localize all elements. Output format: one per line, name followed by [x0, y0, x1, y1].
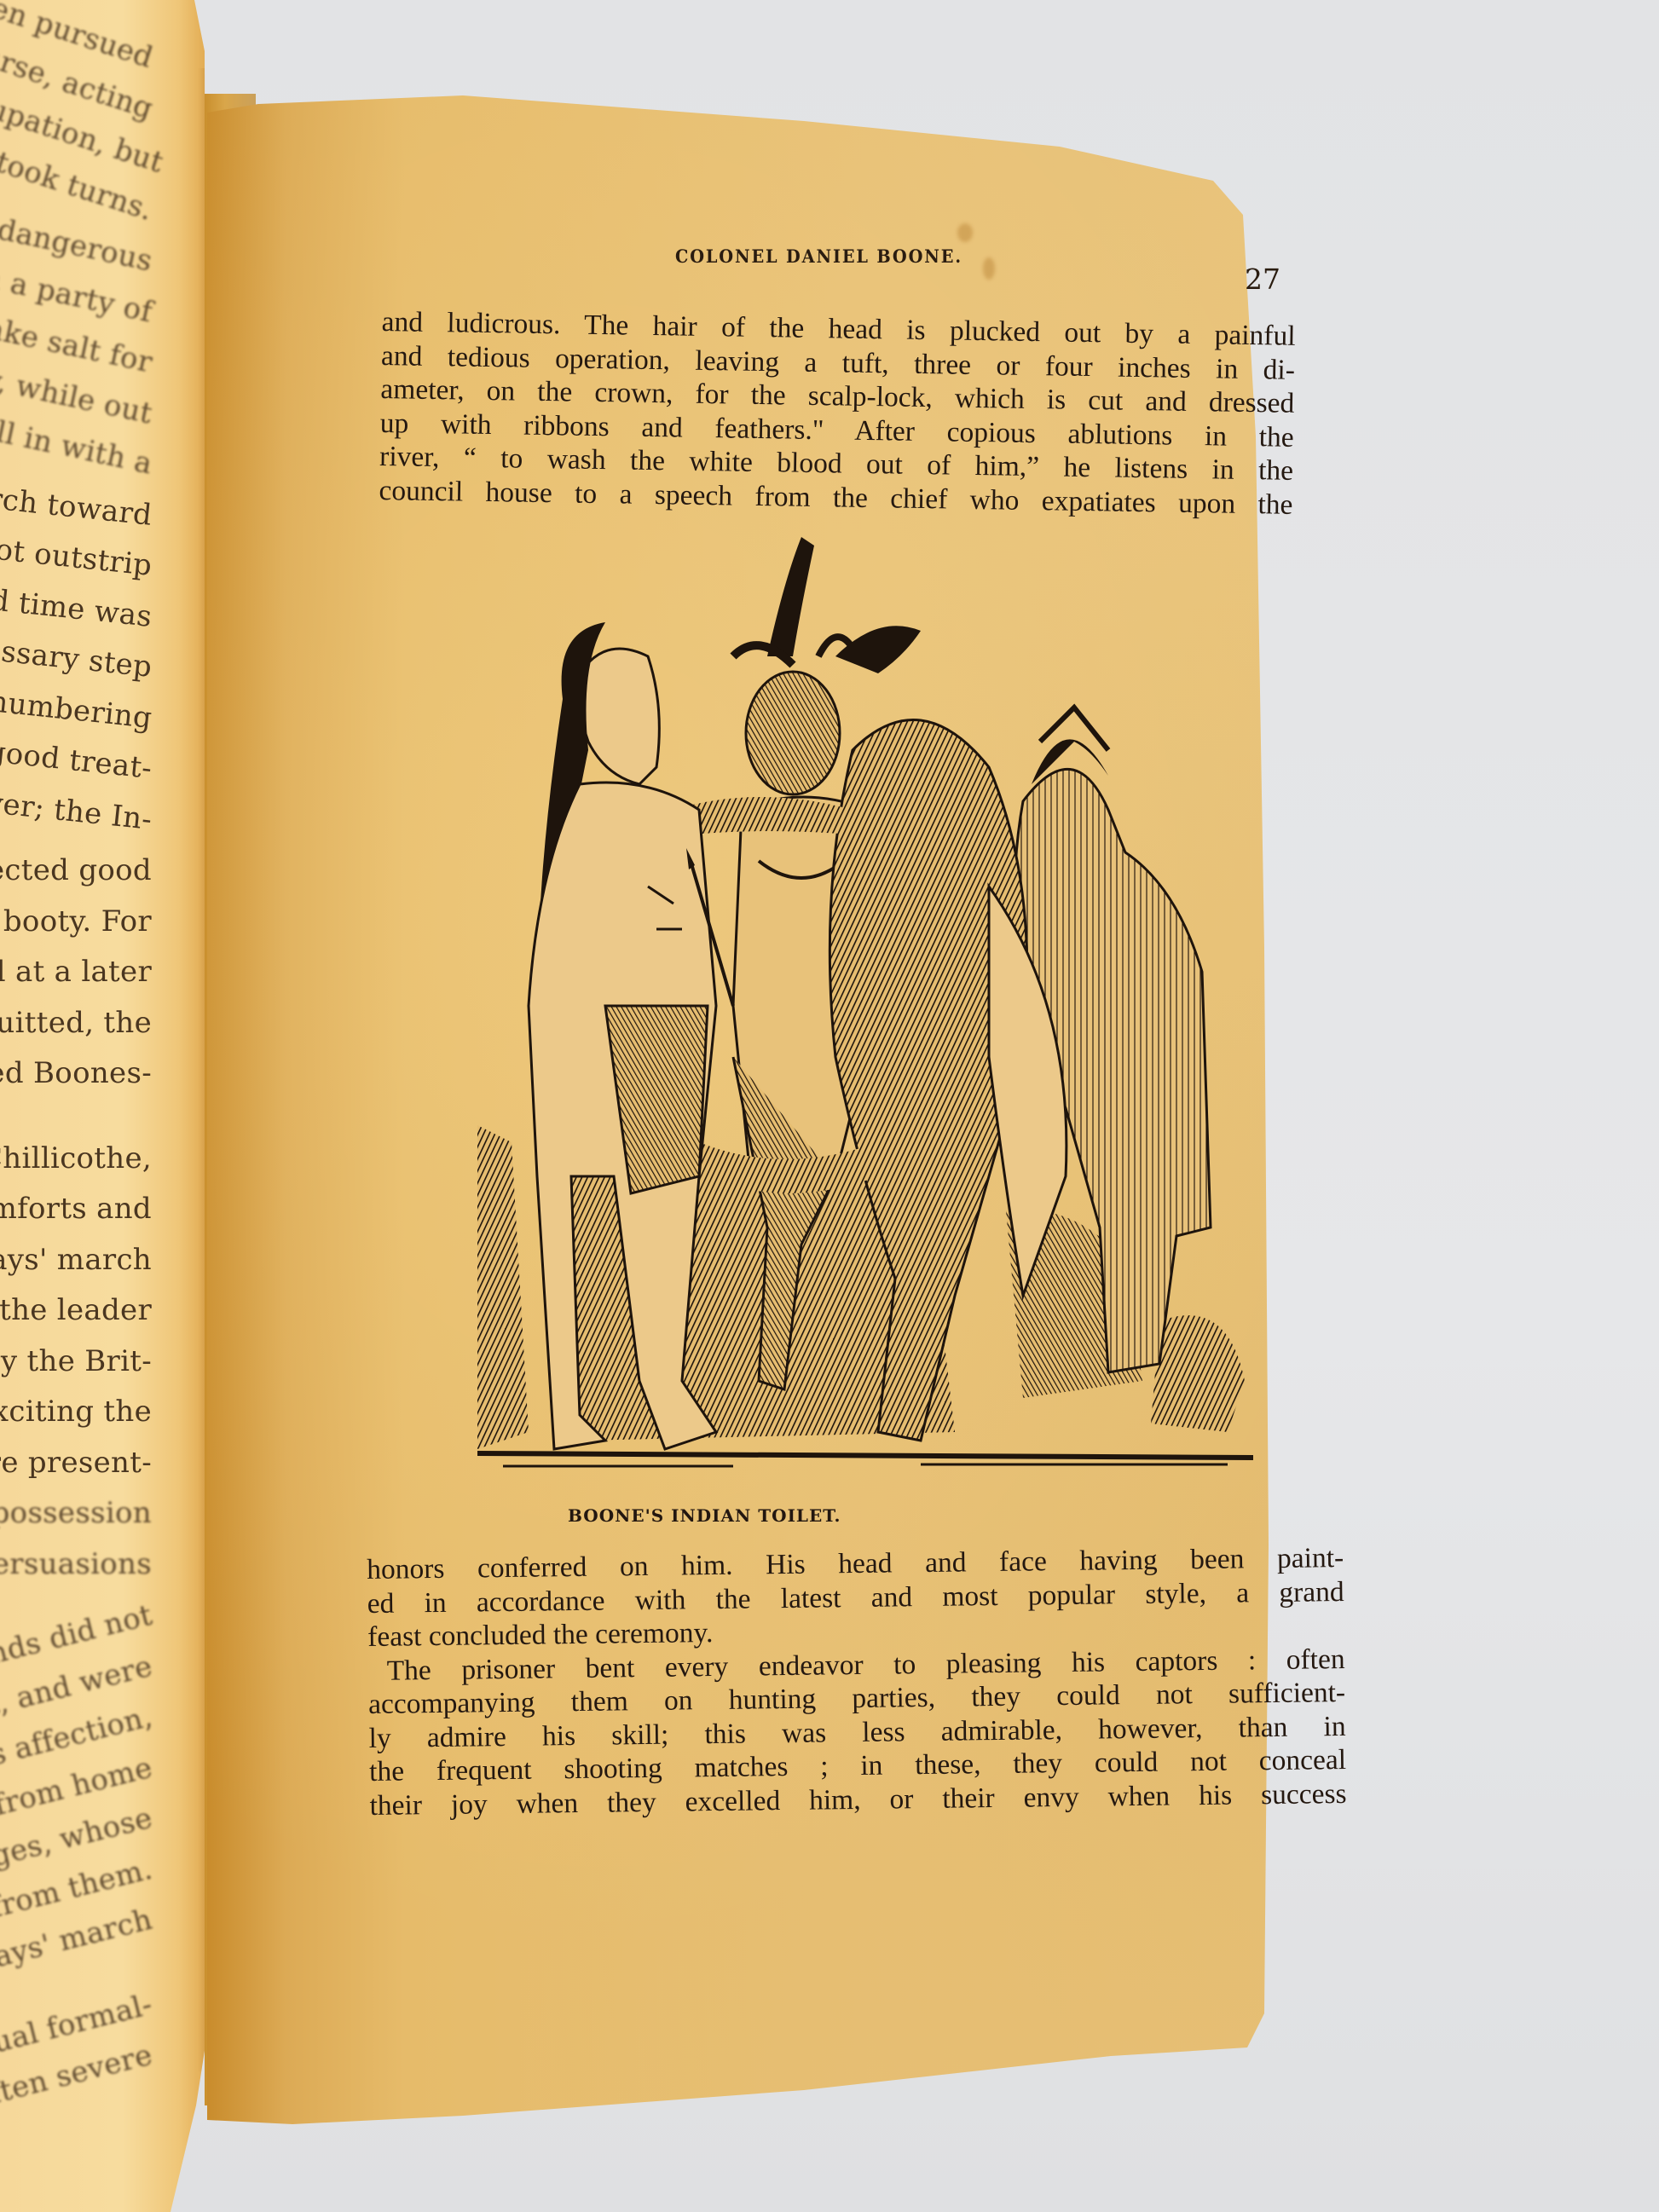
left-page-text: men pursued course, acting occupation, b…	[0, 34, 152, 2081]
left-line-gap	[0, 1100, 152, 1134]
foxing-spot	[957, 223, 973, 242]
bottom-paragraph: honors conferred on him. His head and fa…	[367, 1541, 1347, 1822]
left-line: comforts and	[0, 1184, 152, 1235]
left-line: were present-	[0, 1438, 152, 1489]
left-line: t persuasions	[0, 1539, 152, 1591]
left-line: xpected good	[0, 846, 152, 897]
left-line: get possession	[0, 1488, 152, 1539]
engraving-illustration	[477, 528, 1253, 1492]
left-line: nd at a later	[0, 947, 152, 998]
foxing-spot	[1273, 1033, 1307, 1084]
foxing-spot	[983, 257, 995, 280]
left-facing-page: men pursued course, acting occupation, b…	[0, 0, 223, 2212]
left-line: saved Boones-	[0, 1048, 152, 1100]
left-line: d by the Brit-	[0, 1337, 152, 1388]
left-line: acquitted, the	[0, 998, 152, 1049]
top-paragraph: and ludicrous. The hair of the head is p…	[379, 305, 1296, 522]
running-head: COLONEL DANIEL BOONE.	[675, 245, 962, 267]
page-number: 27	[1245, 263, 1280, 296]
left-line: l booty. For	[0, 897, 152, 948]
left-line: e days' march	[0, 1235, 152, 1286]
illustration-caption: BOONE'S INDIAN TOILET.	[568, 1505, 841, 1526]
left-line: exciting the	[0, 1387, 152, 1438]
left-line: nth, the leader	[0, 1285, 152, 1337]
left-line: d Chillicothe,	[0, 1134, 152, 1185]
